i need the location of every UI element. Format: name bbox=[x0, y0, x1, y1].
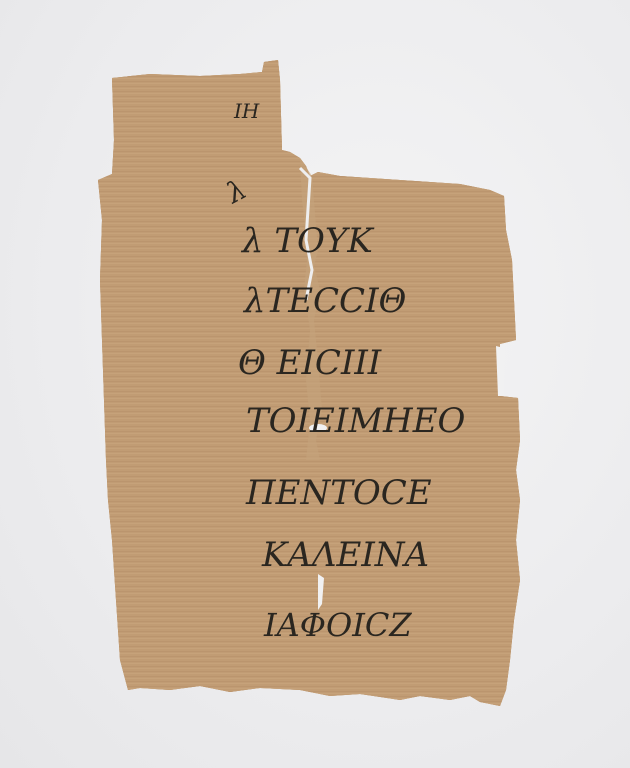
page-number: ΙΗ bbox=[233, 99, 260, 123]
line-4: ΤΟΙΕΙΜΗΕΟ bbox=[246, 401, 466, 441]
line-2: λΤΕCCΙΘ bbox=[242, 281, 407, 321]
line-1: λ ΤΟΥΚ bbox=[240, 221, 375, 261]
papyrus-fragment: ΙΗ λ λ ΤΟΥΚ λΤΕCCΙΘ Θ ΕΙCΙΙΙ ΤΟΙΕΙΜΗΕΟ Π… bbox=[0, 0, 630, 768]
photo-scene: Ancient papyrus fragment with Greek unci… bbox=[0, 0, 630, 768]
line-7: ΙΑΦΟΙCΖ bbox=[263, 606, 412, 644]
line-6: ΚΑΛΕΙΝΑ bbox=[261, 535, 429, 575]
line-5: ΠΕΝΤΟCΕ bbox=[245, 473, 432, 513]
line-3: Θ ΕΙCΙΙΙ bbox=[238, 343, 382, 383]
